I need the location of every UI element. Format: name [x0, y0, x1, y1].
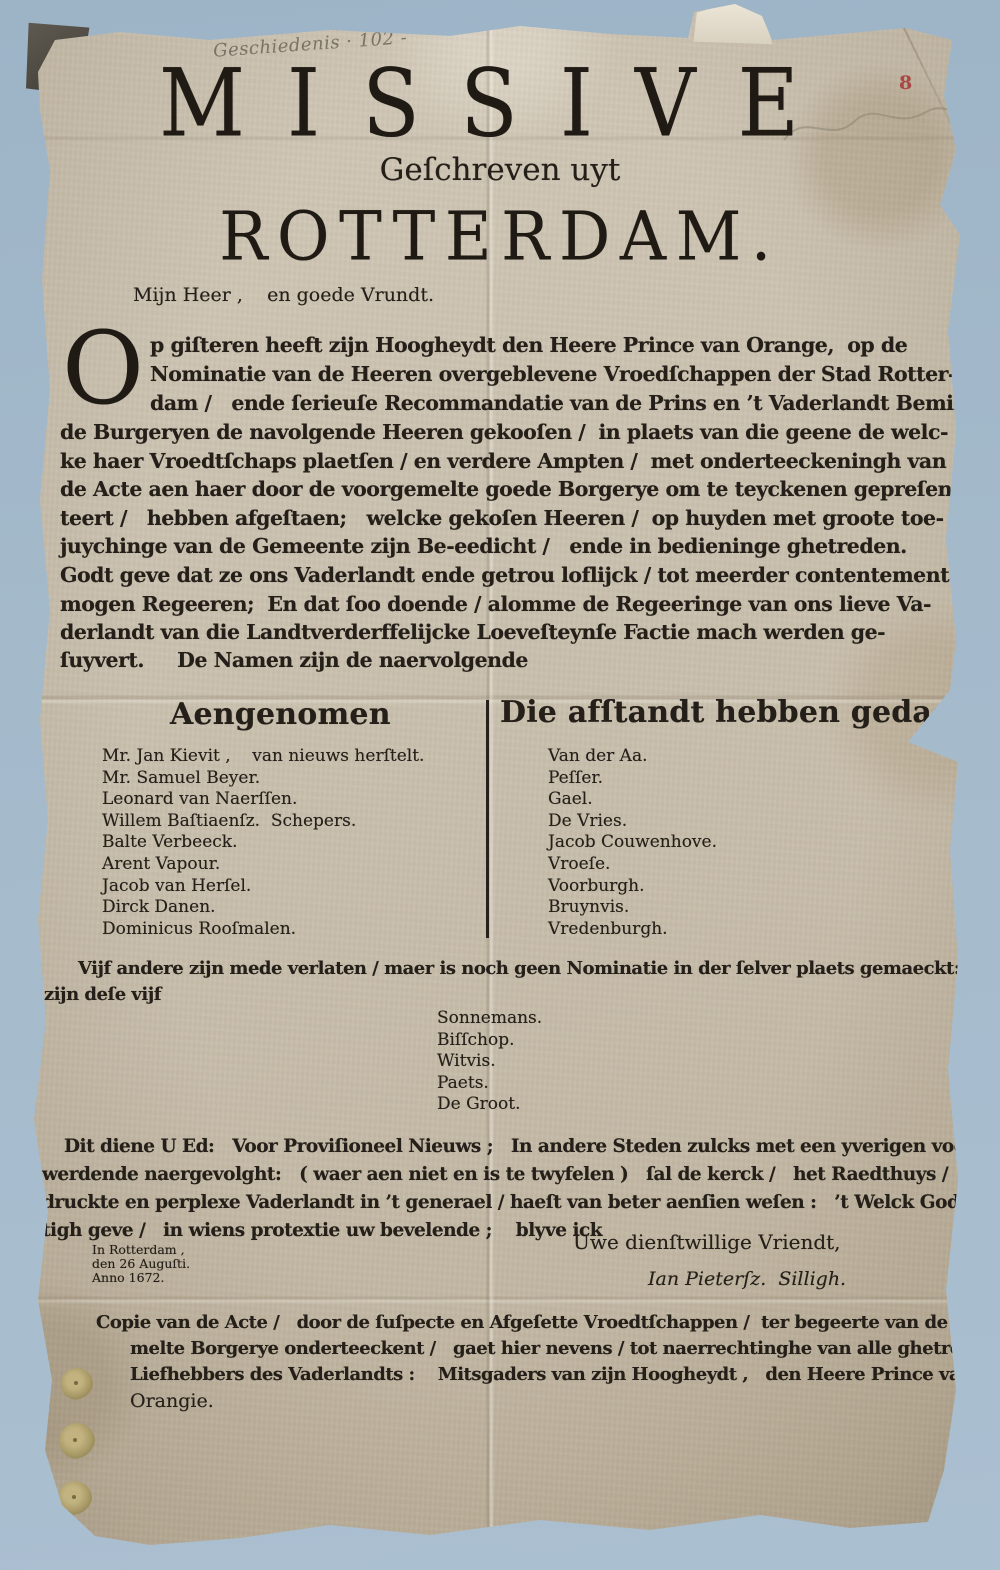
- salutation: Mijn Heer , en goede Vrundt.: [133, 284, 434, 306]
- signature: Ian Pieterſz. Silligh.: [648, 1268, 846, 1290]
- vacancy-name: Paets.: [437, 1073, 489, 1093]
- body-line: derlandt van die Landtverderffelijcke Lo…: [60, 620, 885, 644]
- column-divider-rule: [486, 700, 489, 938]
- resigned-name: Bruynvis.: [548, 897, 629, 917]
- vacancies-line: zijn deſe vijf: [44, 984, 161, 1005]
- accepted-name: Balte Verbeeck.: [102, 832, 238, 852]
- body-line: ſuyvert. De Namen zijn de naervolgende: [60, 648, 528, 672]
- resigned-name: Vredenburgh.: [548, 919, 668, 939]
- postscript-line: Copie van de Acte / door de ſuſpecte en …: [96, 1312, 983, 1333]
- torn-flap: [690, 2, 776, 46]
- wax-seal: [61, 1368, 93, 1400]
- closing-line: Dit diene U Ed: Voor Proviſioneel Nieuws…: [64, 1136, 973, 1157]
- column-header-resigned: Die afſtandt hebben gedaen.: [500, 695, 984, 730]
- resigned-name: Peſſer.: [548, 768, 603, 788]
- photo-background: Geschiedenis · 102 - 8 MISSIVE Geſchreve…: [0, 0, 1000, 1570]
- body-line: ke haer Vroedtſchaps plaetſen / en verde…: [60, 449, 946, 473]
- body-line: Godt geve dat ze ons Vaderlandt ende get…: [60, 563, 949, 587]
- accepted-name: Leonard van Naerſſen.: [102, 789, 297, 809]
- resigned-name: Voorburgh.: [548, 876, 645, 896]
- resigned-name: Gael.: [548, 789, 593, 809]
- vacancies-line: Vijf andere zijn mede verlaten / maer is…: [78, 958, 1000, 979]
- postscript-line: Orangie.: [130, 1390, 214, 1412]
- accepted-name: Dirck Danen.: [102, 897, 216, 917]
- postscript-line: melte Borgerye onderteeckent / gaet hier…: [130, 1338, 1000, 1359]
- resigned-name: De Vries.: [548, 811, 627, 831]
- vacancy-name: Biſſchop.: [437, 1030, 515, 1050]
- accepted-name: Jacob van Herſel.: [102, 876, 251, 896]
- resigned-name: Vroeſe.: [548, 854, 610, 874]
- document-title: MISSIVE: [30, 48, 970, 158]
- document-city: ROTTERDAM.: [30, 198, 970, 276]
- body-line: Nominatie van de Heeren overgeblevene Vr…: [150, 362, 956, 386]
- accepted-name: Dominicus Rooſmalen.: [102, 919, 296, 939]
- wax-seal: [58, 1481, 92, 1515]
- closing-line: druckte en perplexe Vaderlandt in ’t gen…: [42, 1192, 1000, 1213]
- drop-cap: O: [62, 330, 144, 408]
- closing-line: werdende naergevolght: ( waer aen niet e…: [42, 1164, 1000, 1185]
- dateline-year: Anno 1672.: [92, 1271, 164, 1285]
- valediction: Uwe dienſtwillige Vriendt,: [573, 1230, 841, 1254]
- accepted-name: Mr. Jan Kievit , van nieuws herſtelt.: [102, 746, 424, 766]
- column-header-accepted: Aengenomen: [170, 697, 391, 732]
- body-line: juychinge van de Gemeente zijn Be-eedich…: [60, 534, 907, 558]
- vacancy-name: Sonnemans.: [437, 1008, 542, 1028]
- accepted-name: Willem Baſtiaenſz. Schepers.: [102, 811, 356, 831]
- postscript-line: Liefhebbers des Vaderlandts : Mitsgaders…: [130, 1364, 973, 1385]
- body-line: teert / hebben afgeſtaen; welcke gekoſen…: [60, 506, 944, 530]
- accepted-name: Arent Vapour.: [102, 854, 220, 874]
- body-line: de Burgeryen de navolgende Heeren gekooſ…: [60, 420, 948, 444]
- accepted-name: Mr. Samuel Beyer.: [102, 768, 260, 788]
- document-subtitle: Geſchreven uyt: [30, 152, 970, 188]
- resigned-name: Jacob Couwenhove.: [548, 832, 717, 852]
- body-line: p giſteren heeft zijn Hoogheydt den Heer…: [150, 333, 907, 357]
- wax-seal: [59, 1423, 95, 1459]
- closing-line: tigh geve / in wiens protextie uw bevele…: [42, 1220, 602, 1241]
- resigned-name: Van der Aa.: [548, 746, 648, 766]
- vacancy-name: De Groot.: [437, 1094, 521, 1114]
- dateline-place: In Rotterdam ,: [92, 1243, 185, 1257]
- body-line: dam / ende ſerieuſe Recommandatie van de…: [150, 391, 976, 415]
- dateline-day: den 26 Auguſti.: [92, 1257, 190, 1271]
- vacancy-name: Witvis.: [437, 1051, 496, 1071]
- document-paper: Geschiedenis · 102 - 8 MISSIVE Geſchreve…: [0, 0, 1000, 1570]
- body-line: mogen Regeeren; En dat ſoo doende / alom…: [60, 592, 931, 616]
- body-line: de Acte aen haer door de voorgemelte goe…: [60, 477, 960, 501]
